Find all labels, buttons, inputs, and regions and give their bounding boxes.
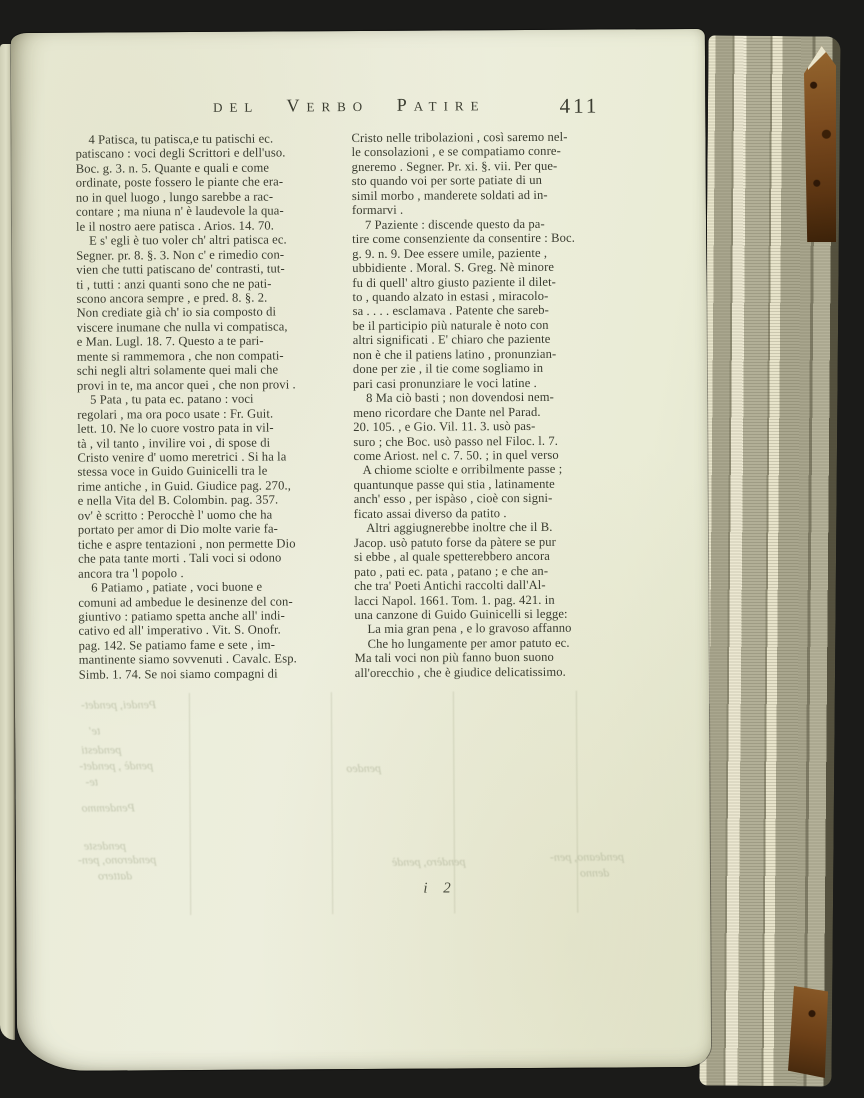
text-line: cativo ed all' imperativo . Vit. S. Onof…	[78, 623, 344, 639]
text-line: vien che tutti patiscano de' contrasti, …	[76, 261, 342, 277]
bleed-through-word: te-	[85, 775, 98, 790]
text-line: ordinate, poste fossero le piante che er…	[76, 174, 342, 190]
bleed-through-word: pendesti	[81, 742, 121, 757]
text-line: lett. 10. Ne lo cuore vostro pata in vil…	[77, 420, 343, 436]
running-header: del Verbo Patire	[75, 93, 623, 128]
text-line: all'orecchio , che è giudice delicatissi…	[355, 664, 639, 680]
bleed-through-word: penderono, pen-	[78, 852, 156, 867]
text-line: viscere inumane che nulla vi compatisca,	[77, 319, 343, 335]
text-line: ov' è scritto : Perocchè l' uomo che ha	[78, 507, 344, 523]
text-line: Cristo venire d' uomo meretrici . Si ha …	[77, 449, 343, 465]
text-line: 5 Pata , tu pata ec. patano : voci	[77, 391, 343, 407]
text-line: rime antiche , in Guid. Giudice pag. 270…	[78, 478, 344, 494]
bleed-through-word: te'	[89, 724, 100, 739]
text-line: che pata tante morti . Tali voci si odon…	[78, 550, 344, 566]
text-line: Boc. g. 3. n. 5. Quante e quali e come	[76, 160, 342, 176]
bleed-through-word: pendeste	[84, 838, 126, 853]
text-line: pag. 142. Se patiamo fame e sete , im-	[79, 637, 345, 653]
book-cover-corner-bottom	[788, 986, 828, 1078]
bleed-through-word: pendeo	[346, 761, 381, 776]
text-line: mantinente siamo sovvenuti . Cavalc. Esp…	[79, 651, 345, 667]
text-line: mente si rammemora , che non compati-	[77, 348, 343, 364]
text-line: Non crediate già ch' io sia composto di	[77, 305, 343, 321]
bleed-through-word: denno	[580, 865, 609, 880]
bleed-through-word: pendè , pendet-	[79, 758, 153, 773]
text-line: no in quel luogo , lungo sarebbe a rac-	[76, 189, 342, 205]
page-number-label: 411	[559, 94, 599, 119]
text-line: provi in te, ma ancor quei , che non pro…	[77, 377, 343, 393]
text-line: 6 Patiamo , patiate , voci buone e	[78, 579, 344, 595]
text-line: comuni ad ambedue le desinenze del con-	[78, 594, 344, 610]
bleed-through-word: Pendemmo	[82, 800, 135, 815]
text-line: giuntivo : patiamo spetta anche all' ind…	[78, 608, 344, 624]
text-line: schi negli altri solamente quei mali che	[77, 362, 343, 378]
book-cover-corner-top	[804, 46, 836, 242]
text-line: stessa voce in Guido Guinicelli tra le	[77, 464, 343, 480]
text-line: Segner. pr. 8. §. 3. Non c' e rimedio co…	[76, 247, 342, 263]
text-line: patiscano : voci degli Scrittori e dell'…	[76, 146, 342, 162]
bleed-through-word: pendeano, pen-	[550, 849, 624, 864]
bleed-through-rule	[189, 693, 191, 915]
bleed-through-word: dattero	[98, 868, 132, 883]
text-column-left: 4 Patisca, tu patisca,e tu patischi ec.p…	[75, 131, 344, 682]
bleed-through-word: pendèro, pendè	[392, 854, 466, 869]
text-line: tiche e aspre tentazioni , non permette …	[78, 536, 344, 552]
text-line: e nella Vita del B. Colombin. pag. 357.	[78, 492, 344, 508]
text-line: Simb. 1. 74. Se noi siamo compagni di	[79, 666, 345, 682]
text-body: 4 Patisca, tu patisca,e tu patischi ec.p…	[75, 129, 640, 682]
signature-mark: i 2	[408, 880, 472, 897]
text-line: ancora tra 'l popolo .	[78, 565, 344, 581]
text-line: portato per amor di Dio molte varie fa-	[78, 521, 344, 537]
bleed-through-words: Pendei, pendet-te'pendestipendè , pendet…	[73, 684, 639, 687]
bleed-through-rule	[331, 692, 333, 914]
text-line: E s' egli è tuo voler ch' altri patisca …	[76, 232, 342, 248]
book-page: del Verbo Patire 411 4 Patisca, tu patis…	[11, 29, 711, 1071]
text-line: regolari , ma ora poco usate : Fr. Guit.	[77, 406, 343, 422]
text-line: le il nostro aere patisca . Arios. 14. 7…	[76, 218, 342, 234]
text-line: scono ancora sempre , e pred. 8. §. 2.	[76, 290, 342, 306]
bleed-through-word: Pendei, pendet-	[81, 697, 156, 712]
text-line: 4 Patisca, tu patisca,e tu patischi ec.	[75, 131, 341, 147]
text-column-right: Cristo nelle tribolazioni , così saremo …	[351, 129, 638, 680]
text-line: ti , tutti : anzi quanti sono che ne pat…	[76, 276, 342, 292]
book-scan: del Verbo Patire 411 4 Patisca, tu patis…	[0, 0, 864, 1098]
text-line: tà , vil tanto , invilire voi , di spose…	[77, 435, 343, 451]
bleed-through-text: Pendei, pendet-te'pendestipendè , pendet…	[73, 684, 640, 927]
text-line: contare ; ma niuna n' è laudevole la qua…	[76, 203, 342, 219]
text-line: e Man. Lugl. 18. 7. Questo a te pari-	[77, 333, 343, 349]
bleed-through-rule	[576, 691, 578, 913]
